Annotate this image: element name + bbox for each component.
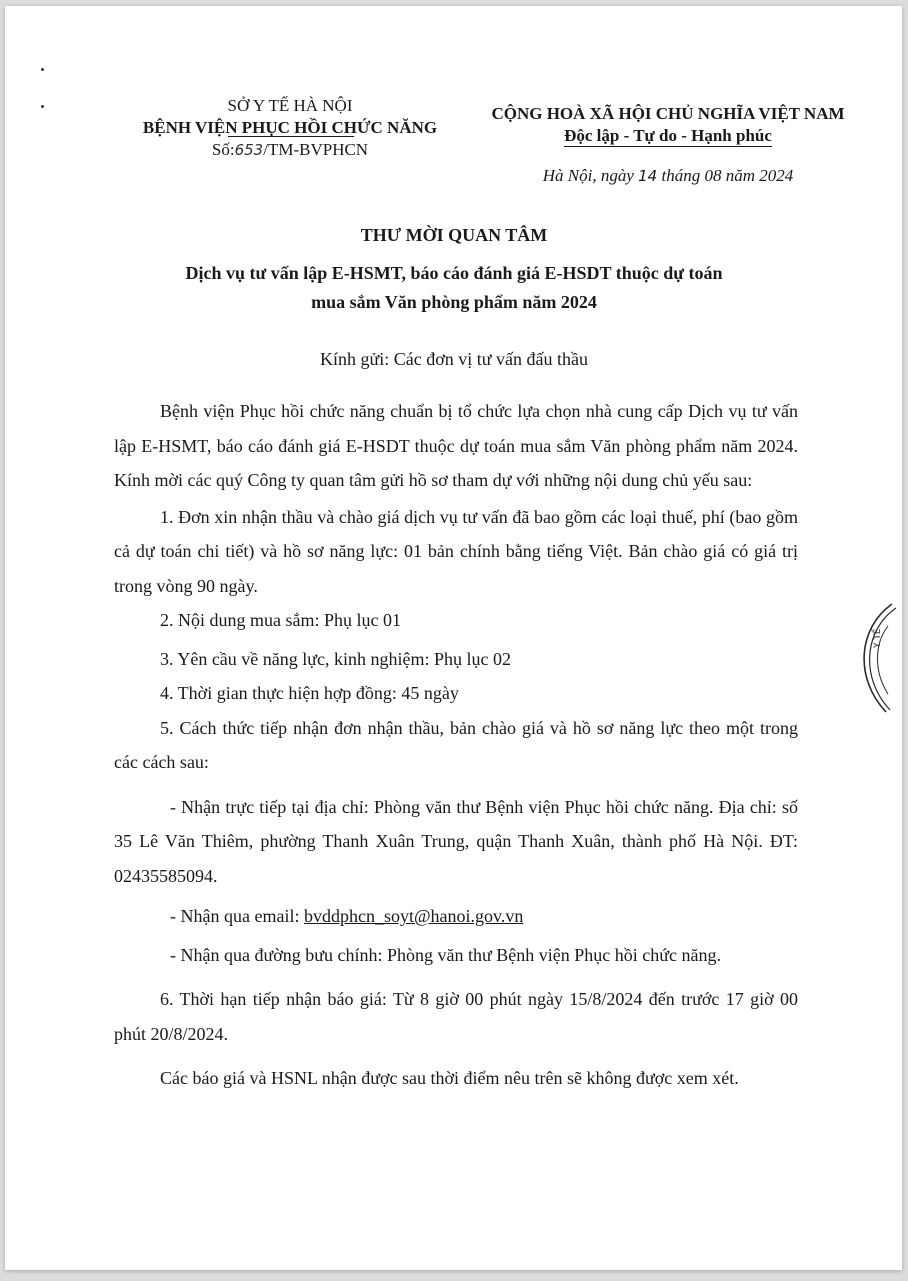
list-item-1: 1. Đơn xin nhận thầu và chào giá dịch vụ… [114, 500, 798, 604]
list-item-4: 4. Thời gian thực hiện hợp đồng: 45 ngày [114, 676, 798, 711]
department-name: SỞ Y TẾ HÀ NỘI [100, 95, 480, 117]
scan-speck [41, 68, 44, 71]
scan-speck [41, 105, 44, 108]
handwritten-number: 653 [235, 141, 264, 159]
national-header: CỘNG HOÀ XÃ HỘI CHỦ NGHĨA VIỆT NAM Độc l… [468, 103, 868, 147]
method-post: - Nhận qua đường bưu chính: Phòng văn th… [114, 938, 798, 973]
national-motto: Độc lập - Tự do - Hạnh phúc [468, 125, 868, 147]
svg-text:Y TẾ: Y TẾ [871, 628, 883, 649]
list-item-2: 2. Nội dung mua sắm: Phụ lục 01 [114, 603, 798, 638]
closing-paragraph: Các báo giá và HSNL nhận được sau thời đ… [114, 1061, 798, 1096]
list-item-3: 3. Yên cầu về năng lực, kinh nghiệm: Phụ… [114, 642, 798, 677]
document-number: Số:653/TM-BVPHCN [100, 139, 480, 161]
email-link[interactable]: bvddphcn_soyt@hanoi.gov.vn [304, 906, 523, 926]
list-item-5: 5. Cách thức tiếp nhận đơn nhận thầu, bả… [114, 711, 798, 780]
issue-date: Hà Nội, ngày 14 tháng 08 năm 2024 [468, 166, 868, 186]
document-subtitle: Dịch vụ tư vấn lập E-HSMT, báo cáo đánh … [0, 259, 908, 317]
list-item-6: 6. Thời hạn tiếp nhận báo giá: Từ 8 giờ … [114, 982, 798, 1051]
recipient-line: Kính gửi: Các đơn vị tư vấn đấu thầu [0, 349, 908, 370]
intro-paragraph: Bệnh viện Phục hồi chức năng chuẩn bị tổ… [114, 394, 798, 498]
issuer-header: SỞ Y TẾ HÀ NỘI BỆNH VIỆN PHỤC HỒI CHỨC N… [100, 95, 480, 161]
handwritten-day: 14 [638, 167, 657, 185]
official-seal-icon: Y TẾ [846, 598, 908, 718]
letter-body: Bệnh viện Phục hồi chức năng chuẩn bị tổ… [114, 394, 798, 1096]
document-title: THƯ MỜI QUAN TÂM [0, 225, 908, 246]
nation-name: CỘNG HOÀ XÃ HỘI CHỦ NGHĨA VIỆT NAM [468, 103, 868, 125]
method-direct: - Nhận trực tiếp tại địa chỉ: Phòng văn … [114, 790, 798, 894]
method-email: - Nhận qua email: bvddphcn_soyt@hanoi.go… [114, 899, 798, 934]
